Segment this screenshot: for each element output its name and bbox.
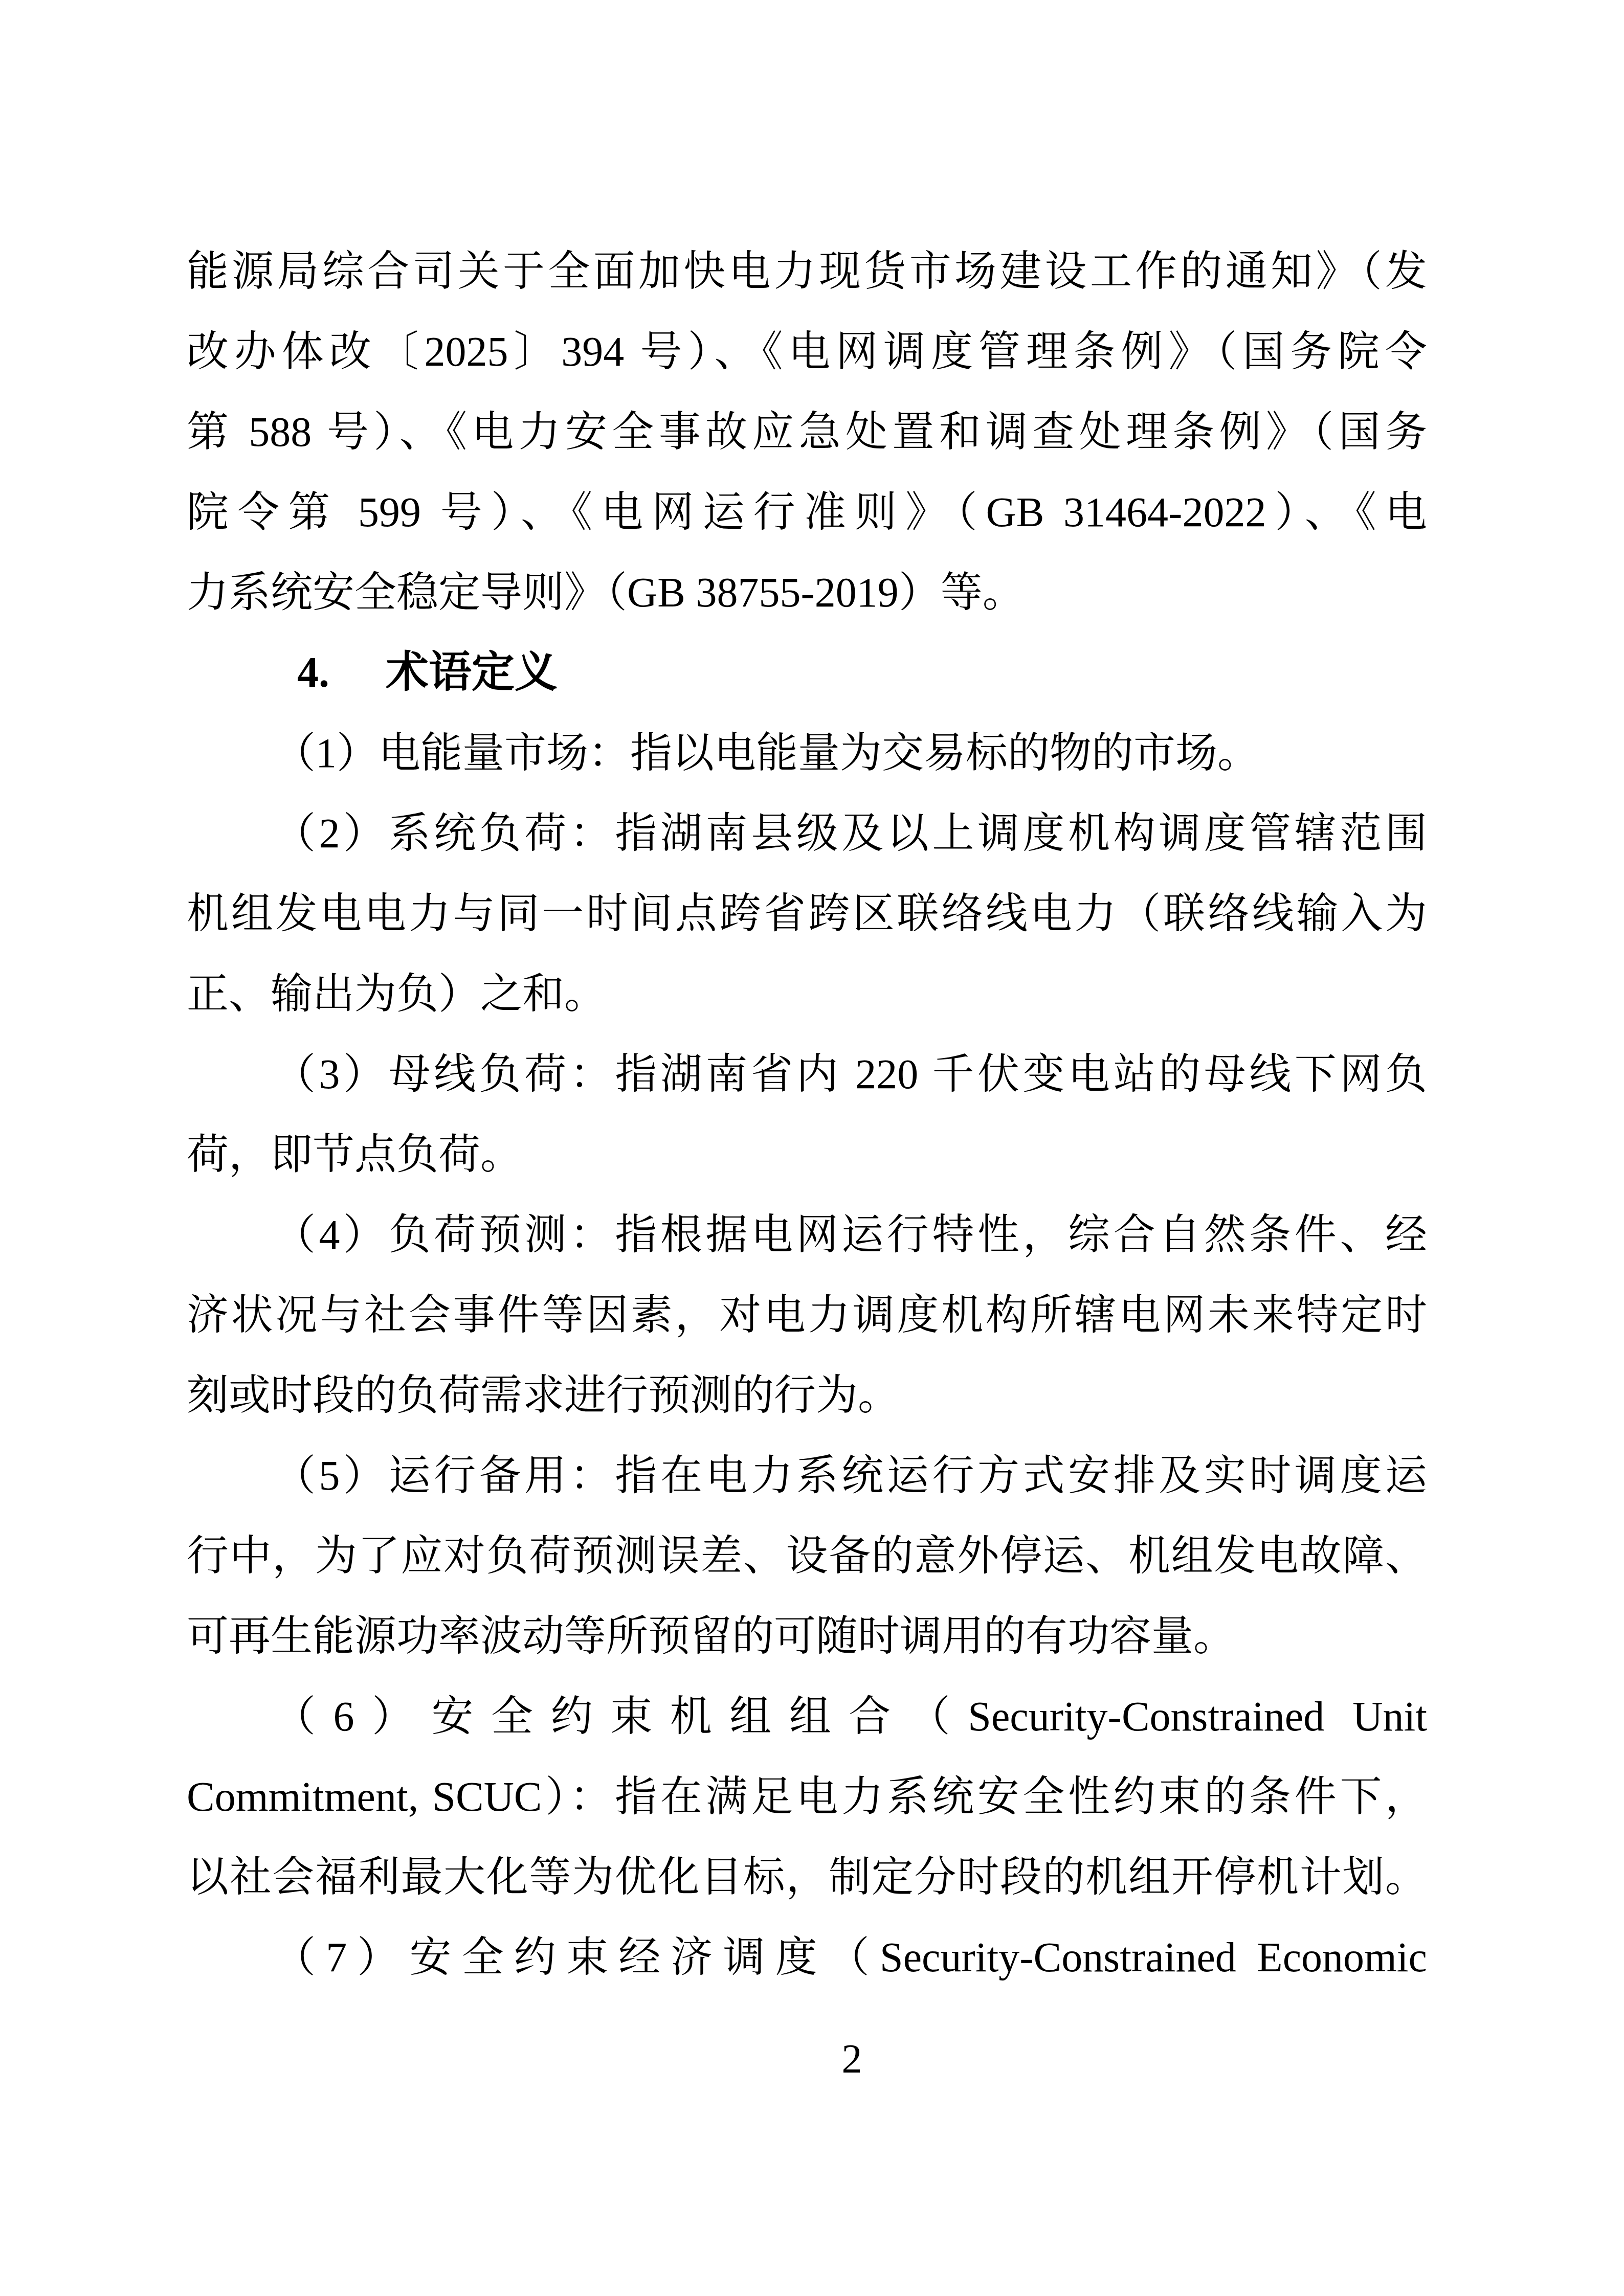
text-line: 正、输出为负）之和。	[187, 954, 1427, 1034]
text-line: （3）母线负荷：指湖南省内 220 千伏变电站的母线下网负	[187, 1034, 1427, 1114]
section-heading: 4.术语定义	[187, 633, 1427, 713]
text-line: 可再生能源功率波动等所预留的可随时调用的有功容量。	[187, 1596, 1427, 1676]
text-line: （5）运行备用：指在电力系统运行方式安排及实时调度运	[187, 1435, 1427, 1516]
document-body: 能源局综合司关于全面加快电力现货市场建设工作的通知》（发 改办体改〔2025〕3…	[187, 231, 1427, 1997]
text-line: 改办体改〔2025〕394 号）、《电网调度管理条例》（国务院令	[187, 311, 1427, 392]
text-line: 能源局综合司关于全面加快电力现货市场建设工作的通知》（发	[187, 231, 1427, 311]
text-line: 力系统安全稳定导则》（GB 38755-2019）等。	[187, 552, 1427, 633]
text-line: 第 588 号）、《电力安全事故应急处置和调查处理条例》（国务	[187, 392, 1427, 472]
text-line: 荷，即节点负荷。	[187, 1114, 1427, 1195]
text-line: （2）系统负荷：指湖南县级及以上调度机构调度管辖范围	[187, 793, 1427, 873]
text-line: 院令第 599 号）、《电网运行准则》（GB 31464-2022）、《电	[187, 472, 1427, 552]
text-line: （4）负荷预测：指根据电网运行特性，综合自然条件、经	[187, 1195, 1427, 1275]
text-line: （7）安全约束经济调度（Security-Constrained Economi…	[187, 1917, 1427, 1997]
text-line: 机组发电电力与同一时间点跨省跨区联络线电力（联络线输入为	[187, 873, 1427, 954]
section-title: 术语定义	[386, 649, 558, 696]
page-number: 2	[232, 2026, 1472, 2092]
text-line: 刻或时段的负荷需求进行预测的行为。	[187, 1355, 1427, 1435]
section-number: 4.	[297, 649, 329, 696]
document-page: 能源局综合司关于全面加快电力现货市场建设工作的通知》（发 改办体改〔2025〕3…	[0, 0, 1624, 2296]
text-line: Commitment, SCUC）：指在满足电力系统安全性约束的条件下，	[187, 1757, 1427, 1837]
text-line: 以社会福利最大化等为优化目标，制定分时段的机组开停机计划。	[187, 1837, 1427, 1917]
text-line: （1）电能量市场：指以电能量为交易标的物的市场。	[187, 713, 1427, 793]
text-line: （6）安全约束机组组合（Security-Constrained Unit	[187, 1676, 1427, 1757]
text-line: 济状况与社会事件等因素，对电力调度机构所辖电网未来特定时	[187, 1275, 1427, 1355]
text-line: 行中，为了应对负荷预测误差、设备的意外停运、机组发电故障、	[187, 1516, 1427, 1596]
